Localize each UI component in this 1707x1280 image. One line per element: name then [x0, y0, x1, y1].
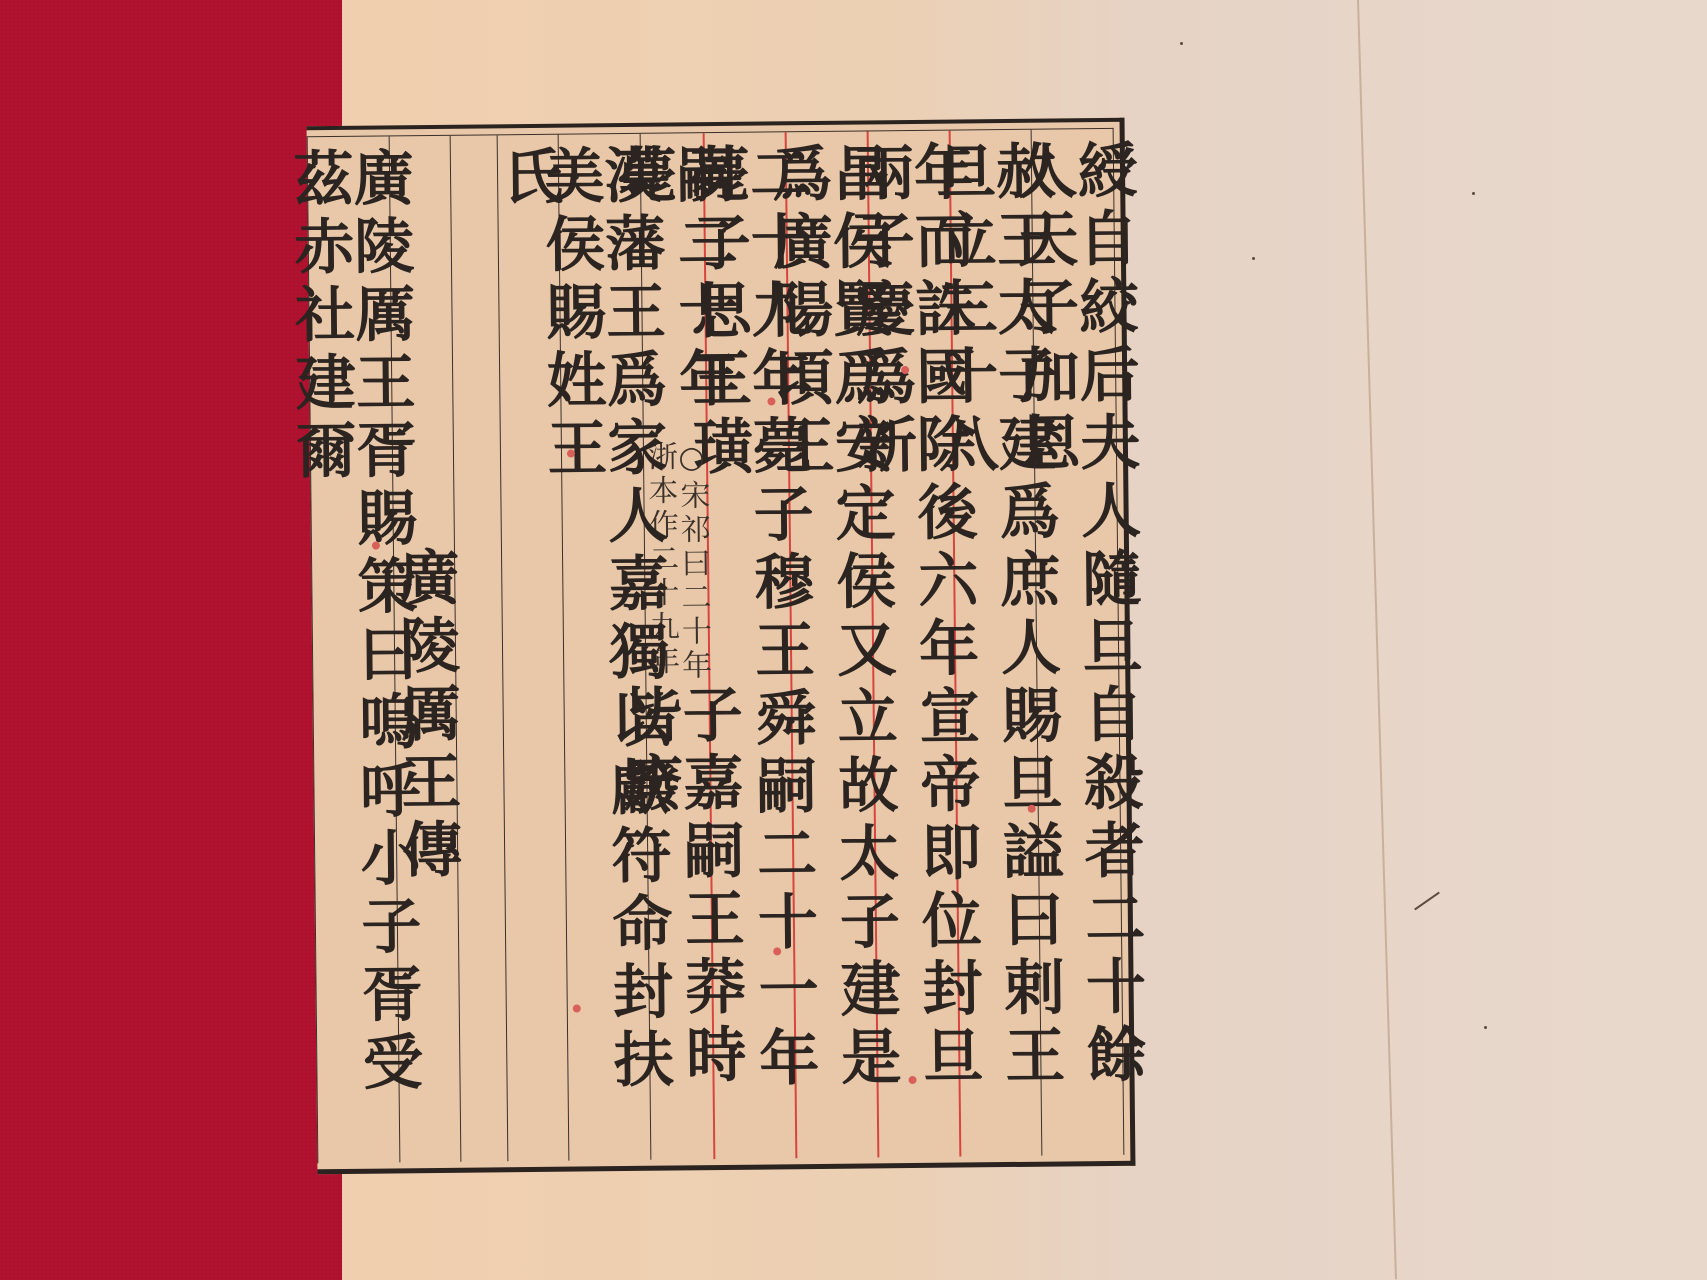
paper-speck	[1180, 42, 1183, 45]
text-column-8: 氏	[497, 135, 569, 1162]
column-text	[474, 136, 485, 1162]
printed-text-block: 綬自絞后夫人隨旦自殺者二十餘人天子加恩 赦王太子建爲庶人賜旦謚曰剌王旦立三十八 …	[307, 118, 1136, 1175]
page-fold-line	[1357, 0, 1397, 1279]
red-punctuation-mark	[567, 450, 575, 458]
text-column-11: 廣陵厲王胥賜策曰嗚呼小子胥受茲赤社建爾	[307, 136, 400, 1163]
red-punctuation-mark	[573, 1004, 581, 1012]
text-column-7: 漢藩王爲家人嘉獨以獻符命封扶美侯賜姓王	[558, 134, 651, 1161]
text-columns: 綬自絞后夫人隨旦自殺者二十餘人天子加恩 赦王太子建爲庶人賜旦謚曰剌王旦立三十八 …	[307, 128, 1125, 1163]
paper-speck	[1252, 257, 1255, 260]
red-punctuation-mark	[773, 947, 781, 955]
paper-speck	[1472, 192, 1475, 195]
column-text: 廣陵厲王胥賜策曰嗚呼小子胥受茲赤社建爾	[288, 136, 419, 1163]
note-right: ○宋祁曰二十年	[676, 440, 709, 683]
paper-scratch	[1414, 892, 1440, 911]
red-punctuation-mark	[1028, 805, 1036, 813]
red-punctuation-mark	[909, 1076, 917, 1084]
paper-speck	[1484, 1026, 1487, 1029]
red-punctuation-mark	[901, 366, 909, 374]
red-punctuation-mark	[372, 542, 380, 550]
column-text: 氏	[498, 135, 569, 1162]
red-punctuation-mark	[767, 397, 775, 405]
